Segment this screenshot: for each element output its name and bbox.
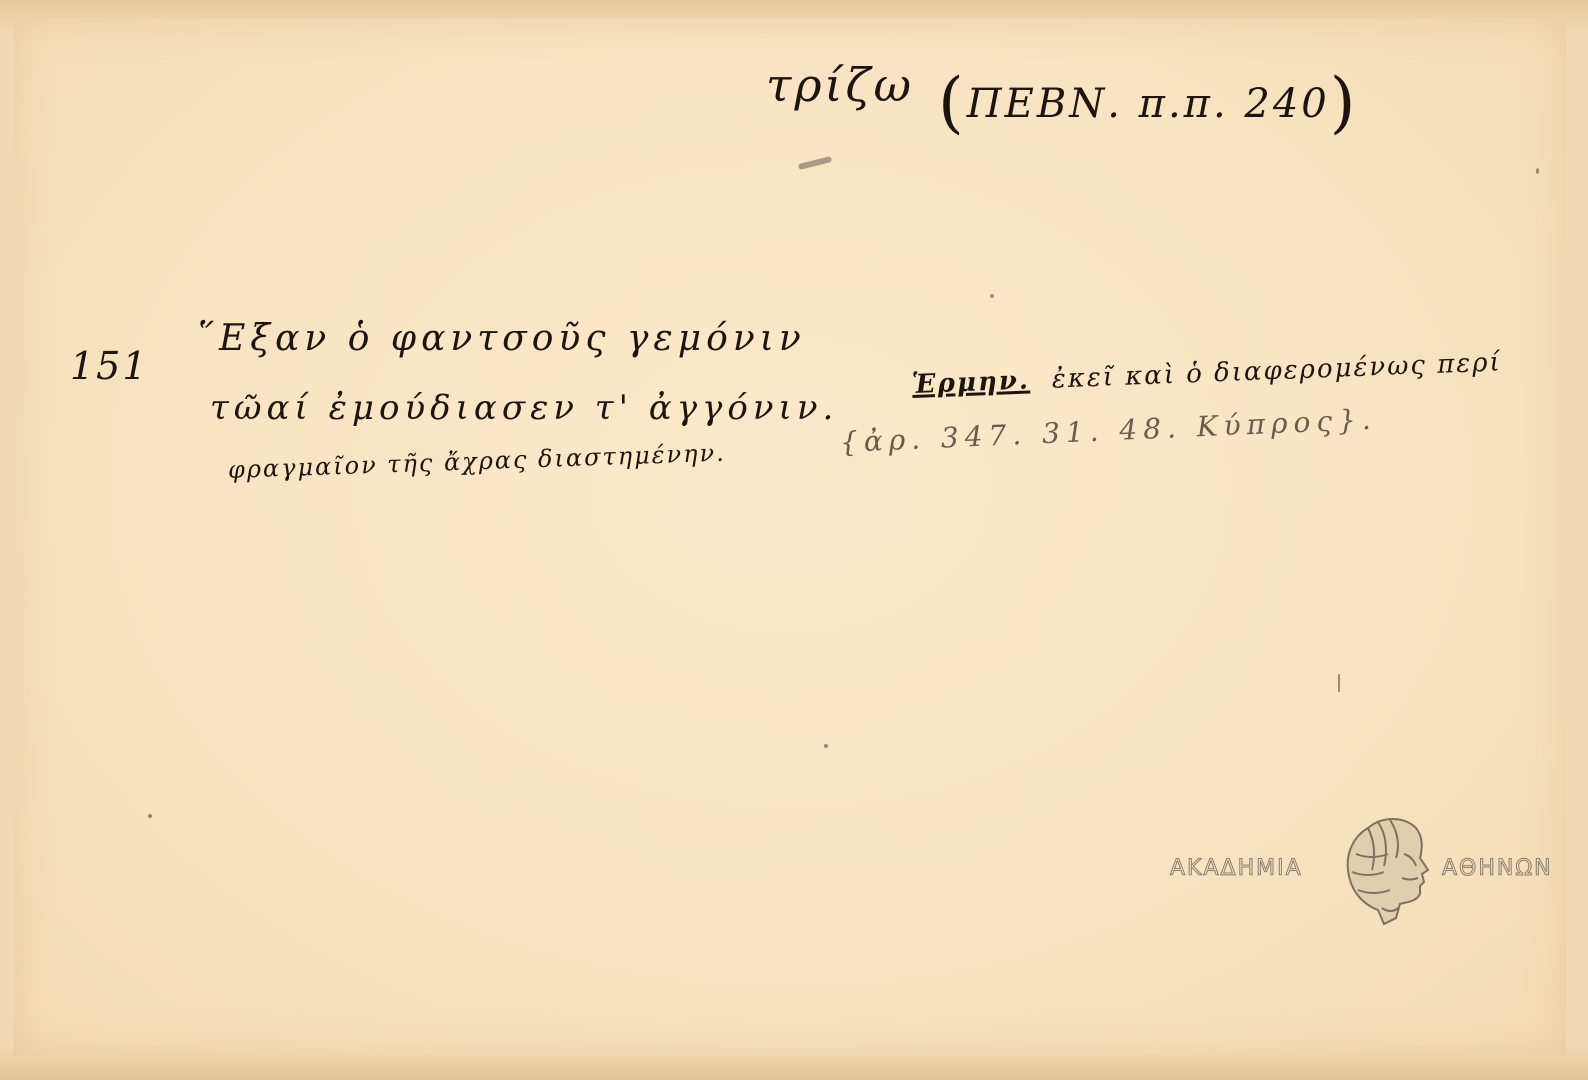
entry-line-1: ῞Εξαν ὁ φαντσοῦς γεμόνιν	[196, 318, 806, 359]
athena-head-icon	[1338, 814, 1430, 926]
open-paren: (	[938, 64, 967, 141]
paper-speck	[1536, 168, 1539, 174]
watermark-right-text: ΑΘΗΝΩΝ	[1442, 856, 1553, 881]
paper-speck	[1338, 674, 1340, 692]
entry-number: 151	[70, 344, 149, 388]
head-reference: (ΠΕΒΝ. π.π. 240)	[938, 64, 1358, 141]
scan-frame: τρίζω (ΠΕΒΝ. π.π. 240) 151 ῞Εξαν ὁ φαντσ…	[0, 0, 1588, 1080]
note-text: ἐκεῖ καὶ ὁ διαφερομένως περί	[1051, 347, 1502, 394]
pencil-stroke-mark	[798, 156, 832, 170]
entry-line-2: τῶαί ἐμούδιασεν τ' ἀγγόνιν.	[210, 388, 838, 428]
paper-speck	[148, 814, 152, 818]
paper-speck	[990, 294, 994, 298]
headword: τρίζω	[766, 58, 914, 112]
watermark-left-text: ΑΚΑΔΗΜΙΑ	[1170, 856, 1303, 881]
entry-line-3: φραγμαῖον τῆς ἄχρας διαστημένην.	[228, 439, 727, 484]
entry-line-2-note: Ἑρμην.ἐκεῖ καὶ ὁ διαφερομένως περί	[911, 347, 1502, 400]
academy-of-athens-watermark: ΑΚΑΔΗΜΙΑ ΑΘΗΝΩΝ	[1164, 808, 1574, 928]
index-card: τρίζω (ΠΕΒΝ. π.π. 240) 151 ῞Εξαν ὁ φαντσ…	[14, 18, 1566, 1056]
entry-source-reference: {ἀρ. 347. 31. 48. Κύπρος}.	[839, 403, 1377, 459]
head-reference-text: ΠΕΒΝ. π.π. 240	[967, 81, 1330, 127]
note-abbreviation: Ἑρμην.	[911, 365, 1030, 400]
close-paren: )	[1330, 64, 1359, 141]
paper-speck	[824, 744, 828, 748]
